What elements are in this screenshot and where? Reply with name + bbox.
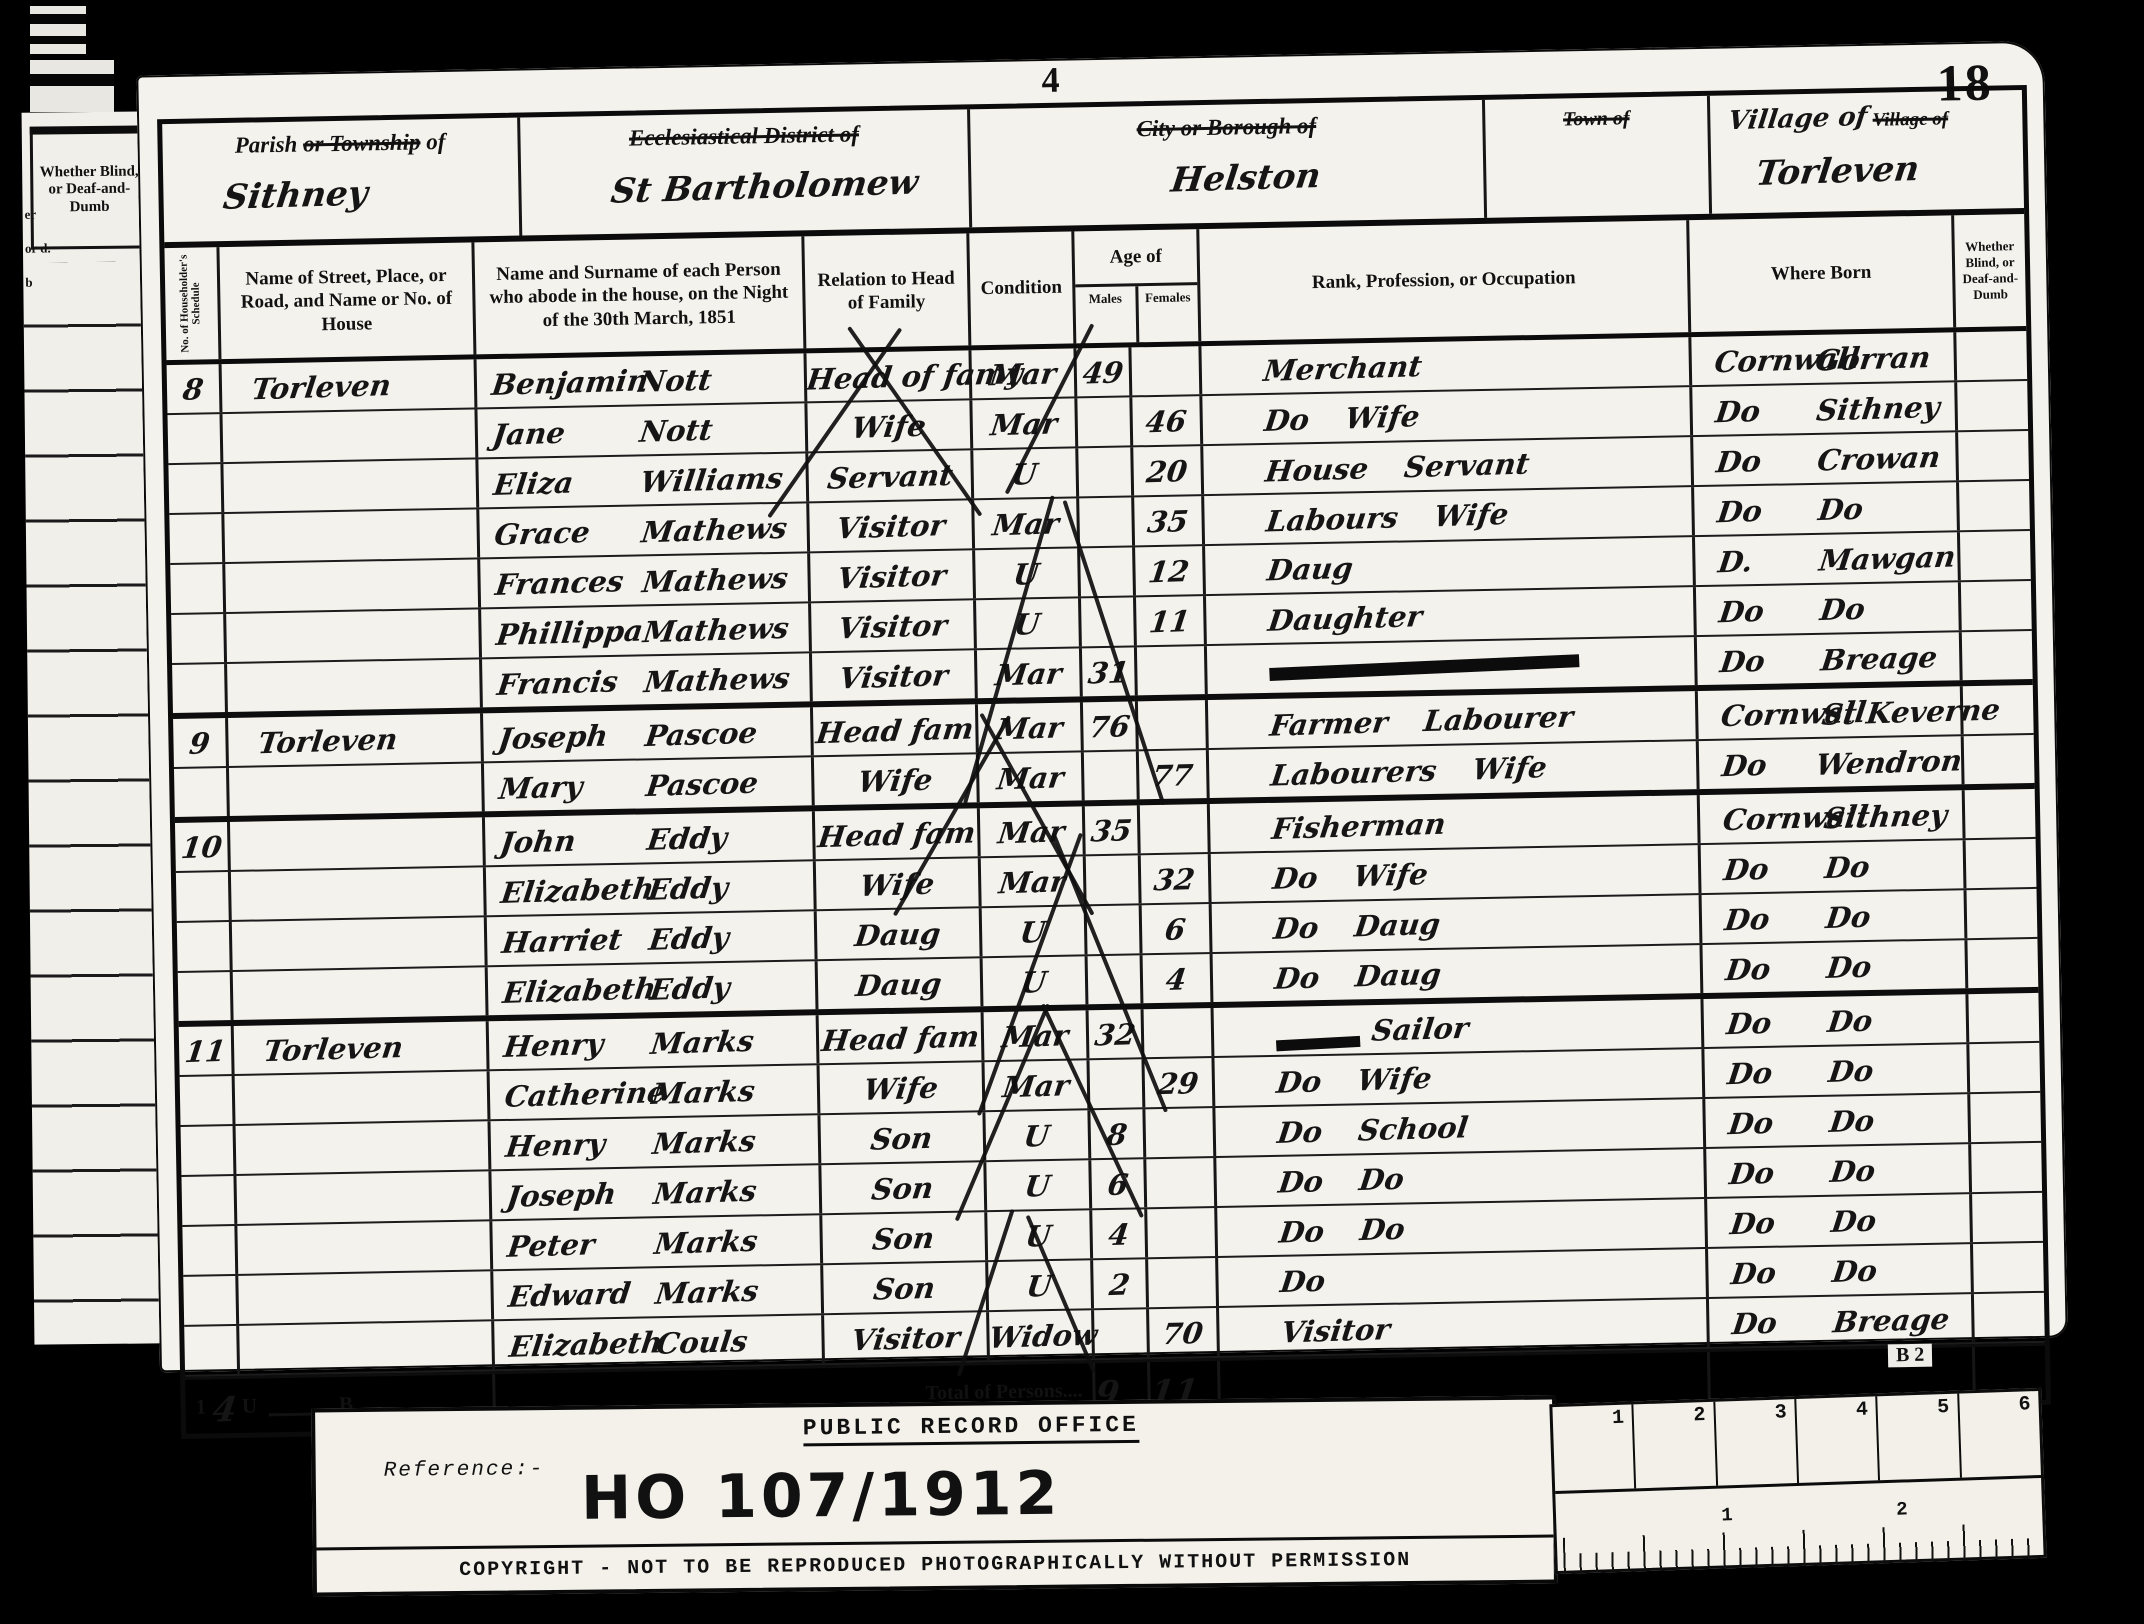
person-name-cell: BenjaminNott [477,353,808,407]
age-female-cell [1144,1008,1215,1057]
person-name-cell: JaneNott [477,403,808,457]
reference-label: Reference:- [384,1458,545,1483]
city-value: Helston [1169,156,1323,201]
age-male-cell: 8 [1090,1109,1146,1158]
parish-value: Sithney [221,173,370,218]
age-female-cell: 35 [1134,496,1205,545]
parish-label-struck: or Township [303,129,421,156]
age-female-cell: 4 [1143,954,1214,1003]
street-cell [236,1121,492,1174]
age-female-cell [1131,346,1202,395]
street-cell [239,1321,495,1374]
ruler-inch-cell: 6 [1959,1391,2041,1478]
blind-cell [1969,1043,2040,1092]
public-record-office-label: PUBLIC RECORD OFFICE [803,1412,1139,1447]
age-male-cell [1094,1309,1150,1358]
where-born-cell: DoDo [1706,1144,1972,1197]
occupation-cell: House Servant [1203,437,1694,494]
parish-label-of: of [426,129,446,154]
females-label: Females [1138,285,1199,342]
age-female-cell: 32 [1141,854,1212,903]
person-name-cell: PeterMarks [492,1215,823,1269]
age-female-cell [1146,1158,1217,1207]
person-name-cell: ElizabethEddy [486,861,817,915]
where-born-cell: DoSithney [1692,382,1958,435]
ruler-inch-cell: 2 [1634,1402,1718,1489]
relation-cell: Head fam [815,808,981,859]
blind-cell [1970,1093,2041,1142]
age-male-cell: 31 [1082,647,1138,696]
age-male-cell [1078,447,1134,496]
where-born-cell: DoDo [1701,840,1967,893]
schedule-cell [170,564,226,613]
occupation-cell: Do Wife [1211,845,1702,902]
street-cell: Torleven [222,359,478,412]
person-name-cell: HenryMarks [489,1015,820,1069]
blind-cell [1962,631,2033,680]
schedule-cell [184,1326,240,1375]
city-section: City or Borough of Helston [970,100,1487,227]
blind-cell [1968,993,2039,1042]
blind-cell [1958,431,2029,480]
relation-cell: Visitor [810,550,976,601]
condition-cell: U [976,598,1082,648]
fragment-blind-column-header: Whether Blind, or Deaf-and-Dumb [30,125,149,249]
where-born-cell: DoWendron [1699,736,1965,789]
printed-page-number: 4 [1041,59,1060,101]
col-header-occupation: Rank, Profession, or Occupation [1199,220,1691,341]
relation-cell: Head fam [819,1012,985,1063]
street-cell [226,609,482,662]
person-name-cell: CatherineMarks [490,1065,821,1119]
schedule-cell [180,1076,236,1125]
occupation-strike-mark [1269,654,1579,681]
street-cell [224,509,480,562]
schedule-cell: 9 [173,718,229,767]
film-edge-blob [30,60,114,112]
blind-cell [1967,889,2038,938]
reference-number: HO 107/1912 [581,1459,1062,1534]
street-cell: Torleven [234,1021,490,1074]
district-label-struck: Ecclesiastical District of [520,119,967,153]
blind-cell [1966,839,2037,888]
measurement-ruler: 123456 1 2 [1549,1388,2046,1574]
where-born-cell: CornwallGorran [1691,332,1957,385]
blind-cell [1971,1143,2042,1192]
schedule-cell [181,1176,237,1225]
age-female-cell: 12 [1135,546,1206,595]
age-female-cell [1138,700,1209,749]
age-female-cell [1148,1258,1219,1307]
occupation-cell: Do Do [1217,1199,1708,1256]
where-born-cell: DoDo [1694,482,1960,535]
blind-cell [1973,1243,2044,1292]
occupation-cell: Visitor [1219,1299,1710,1356]
occupation-cell: Daug [1205,537,1696,594]
age-male-cell [1084,751,1140,800]
condition-cell: U [986,1160,1092,1210]
copyright-notice: COPYRIGHT - NOT TO BE REPRODUCED PHOTOGR… [317,1535,1554,1593]
condition-cell: Mar [971,348,1077,398]
blind-cell [1961,581,2032,630]
street-cell [233,967,489,1020]
relation-cell: Head of famy [806,350,972,401]
condition-cell: Mar [980,806,1086,856]
footer-mark: B 2 [1888,1344,1933,1368]
condition-cell: Mar [972,398,1078,448]
person-name-cell: ElizabethEddy [488,961,819,1015]
schedule-cell [174,768,230,817]
relation-cell: Visitor [811,600,977,651]
district-value: St Bartholomew [609,162,921,211]
age-female-cell: 20 [1133,446,1204,495]
person-name-cell: EdwardMarks [493,1265,824,1319]
relation-cell: Visitor [809,500,975,551]
condition-cell: Mar [977,648,1083,698]
occupation-cell: Fisherman [1210,795,1701,852]
schedule-cell [168,414,224,463]
person-name-cell: PhillippaMathews [481,603,812,657]
ruler-inch-cell: 1 [1552,1404,1636,1491]
house-total-4: 4 [210,1390,239,1431]
occupation-cell [1207,637,1698,694]
ruler-tick-scale: 1 2 [1555,1478,2043,1574]
person-name-cell: FrancisMathews [482,653,813,707]
age-male-cell [1089,1059,1145,1108]
microfilm-photo: er or d. b Whether Blind, or Deaf-and-Du… [0,0,2144,1624]
where-born-cell: DoDo [1703,994,1969,1047]
relation-cell: Wife [814,754,980,805]
town-label-struck: Town of [1485,106,1707,133]
where-born-cell: DoDo [1704,1044,1970,1097]
blind-cell [1957,381,2028,430]
condition-cell: U [982,906,1088,956]
where-born-cell: DoDo [1702,890,1968,943]
person-name-cell: HenryMarks [490,1115,821,1169]
occupation-cell: Merchant [1201,337,1692,394]
schedule-cell: 10 [175,822,231,871]
schedule-cell: 11 [179,1026,235,1075]
col-header-condition: Condition [969,231,1076,345]
parish-section: Parish or Township of Sithney [162,118,522,243]
ruler-inch-cell: 4 [1796,1396,1880,1483]
relation-cell: Visitor [812,650,978,701]
occupation-cell: Do [1218,1249,1709,1306]
schedule-cell [181,1126,237,1175]
where-born-cell: DoDo [1705,1094,1971,1147]
street-cell [238,1271,494,1324]
occupation-cell: Do Daug [1212,895,1703,952]
schedule-cell [168,464,224,513]
age-male-cell [1086,855,1142,904]
pro-reference-card: PUBLIC RECORD OFFICE Reference:- HO 107/… [311,1395,1558,1596]
occupation-cell: Daughter [1206,587,1697,644]
condition-cell: Mar [979,752,1085,802]
occupation-cell: Do Wife [1202,387,1693,444]
relation-cell: Daug [818,958,984,1009]
street-cell [230,817,486,870]
blind-cell [1964,735,2035,784]
blind-cell [1972,1193,2043,1242]
where-born-cell: DoDo [1707,1194,1973,1247]
city-label-struck: City or Borough of [970,110,1482,145]
village-label-handwritten: Village of [1726,102,1869,136]
schedule-cell [176,872,232,921]
where-born-cell: DoCrowan [1693,432,1959,485]
schedule-cell: 8 [167,364,223,413]
occupation-cell: Do Do [1216,1149,1707,1206]
age-male-cell [1088,955,1144,1004]
occupation-cell: Farmer Labourer [1208,691,1699,748]
age-female-cell [1145,1108,1216,1157]
relation-cell: Servant [808,450,974,501]
person-name-cell: JosephMarks [491,1165,822,1219]
street-cell [237,1221,493,1274]
relation-cell: Head fam [813,704,979,755]
blind-cell [1960,531,2031,580]
where-born-cell: D.Mawgan [1695,532,1961,585]
parish-label: Parish [234,132,297,158]
street-cell [232,917,488,970]
street-cell [231,867,487,920]
relation-cell: Daug [817,908,983,959]
col-header-born: Where Born [1689,215,1956,332]
age-male-cell: 2 [1093,1259,1149,1308]
where-born-cell: DoBreage [1709,1294,1975,1347]
house-total-1: 1 [195,1394,206,1419]
age-female-cell: 46 [1132,396,1203,445]
age-of-label: Age of [1074,229,1197,287]
street-cell [229,763,485,816]
street-cell [235,1071,491,1124]
col-header-schedule: No. of Householder's Schedule [164,247,221,360]
age-male-cell [1077,397,1133,446]
schedule-cell [171,614,227,663]
age-female-cell: 70 [1149,1308,1220,1357]
col-header-relation: Relation to Head of Family [804,233,971,348]
occupation-cell: Labours Wife [1204,487,1695,544]
age-female-cell: 11 [1136,596,1207,645]
schedule-cell [169,514,225,563]
where-born-cell: CornwallSithney [1700,790,1966,843]
street-cell [227,659,483,712]
film-edge-blob [30,6,86,54]
village-section: Village of Village of Torleven [1710,90,2024,214]
person-name-cell: ElizabethCouls [494,1315,825,1369]
schedule-cell [178,972,234,1021]
person-name-cell: GraceMathews [479,503,810,557]
col-header-name: Name and Surname of each Person who abod… [474,236,806,354]
schedule-cell [177,922,233,971]
street-cell [223,459,479,512]
blind-cell [1959,481,2030,530]
blind-cell [1974,1293,2045,1342]
house-total-u: U [242,1393,258,1418]
occupation-cell: Labourers Wife [1209,741,1700,798]
blind-cell [1967,939,2038,988]
age-female-cell [1140,804,1211,853]
ruler-inch-cell: 5 [1878,1394,1962,1481]
ruler-number: 1 [1721,1504,1733,1526]
relation-cell: Wife [820,1062,986,1113]
person-name-cell: JohnEddy [485,811,816,865]
schedule-cell [183,1276,239,1325]
village-label-struck: Village of [1872,108,1948,130]
occupation-cell: Do School [1215,1099,1706,1156]
street-cell [236,1171,492,1224]
age-male-cell [1079,497,1135,546]
street-cell [222,409,478,462]
ruler-number: 2 [1896,1498,1908,1520]
occupation-cell: Do Wife [1214,1049,1705,1106]
person-name-cell: ElizaWilliams [478,453,809,507]
person-name-cell: FrancesMathews [480,553,811,607]
person-name-cell: MaryPascoe [484,757,815,811]
age-female-cell: 6 [1142,904,1213,953]
district-section: Ecclesiastical District of St Bartholome… [520,109,972,235]
blind-cell [1956,331,2027,380]
where-born-cell: DoDo [1708,1244,1974,1297]
age-female-cell [1147,1208,1218,1257]
relation-cell: Son [820,1112,986,1163]
where-born-cell: CornwallSt Keverne [1698,686,1964,739]
town-section: Town of [1485,96,1712,218]
relation-cell: Son [823,1262,989,1313]
age-female-cell [1137,646,1208,695]
age-male-cell [1087,905,1143,954]
age-male-cell: 35 [1085,805,1141,854]
ruler-inch-cell: 3 [1715,1399,1799,1486]
person-name-cell: HarrietEddy [487,911,818,965]
ruler-inch-scale: 123456 [1552,1391,2041,1494]
village-value: Torleven [1754,149,1922,194]
relation-cell: Son [822,1212,988,1263]
occupation-cell: Sailor [1214,999,1705,1056]
condition-cell: U [988,1260,1094,1310]
occupation-cell: Do Daug [1213,945,1704,1002]
street-cell [225,559,481,612]
col-header-street: Name of Street, Place, or Road, and Name… [219,242,476,359]
col-header-blind: Whether Blind, or Deaf-and-Dumb [1954,214,2026,327]
blind-cell [1965,789,2036,838]
census-table: Parish or Township of Sithney Ecclesiast… [157,85,2051,1439]
schedule-cell [172,664,228,713]
where-born-cell: DoBreage [1697,632,1963,685]
census-page: 4 18 Parish or Township of Sithney Eccle… [136,41,2067,1373]
where-born-cell: DoDo [1696,582,1962,635]
person-name-cell: JosephPascoe [483,707,814,761]
blind-cell [1963,685,2034,734]
schedule-cell [182,1226,238,1275]
occupation-strike-mark [1276,1036,1360,1051]
where-born-cell: DoDo [1702,940,1968,993]
street-cell: Torleven [228,713,484,766]
census-rows: 8 Torleven BenjaminNott Head of famy Mar… [167,331,2045,1377]
age-male-cell: 49 [1076,347,1132,396]
